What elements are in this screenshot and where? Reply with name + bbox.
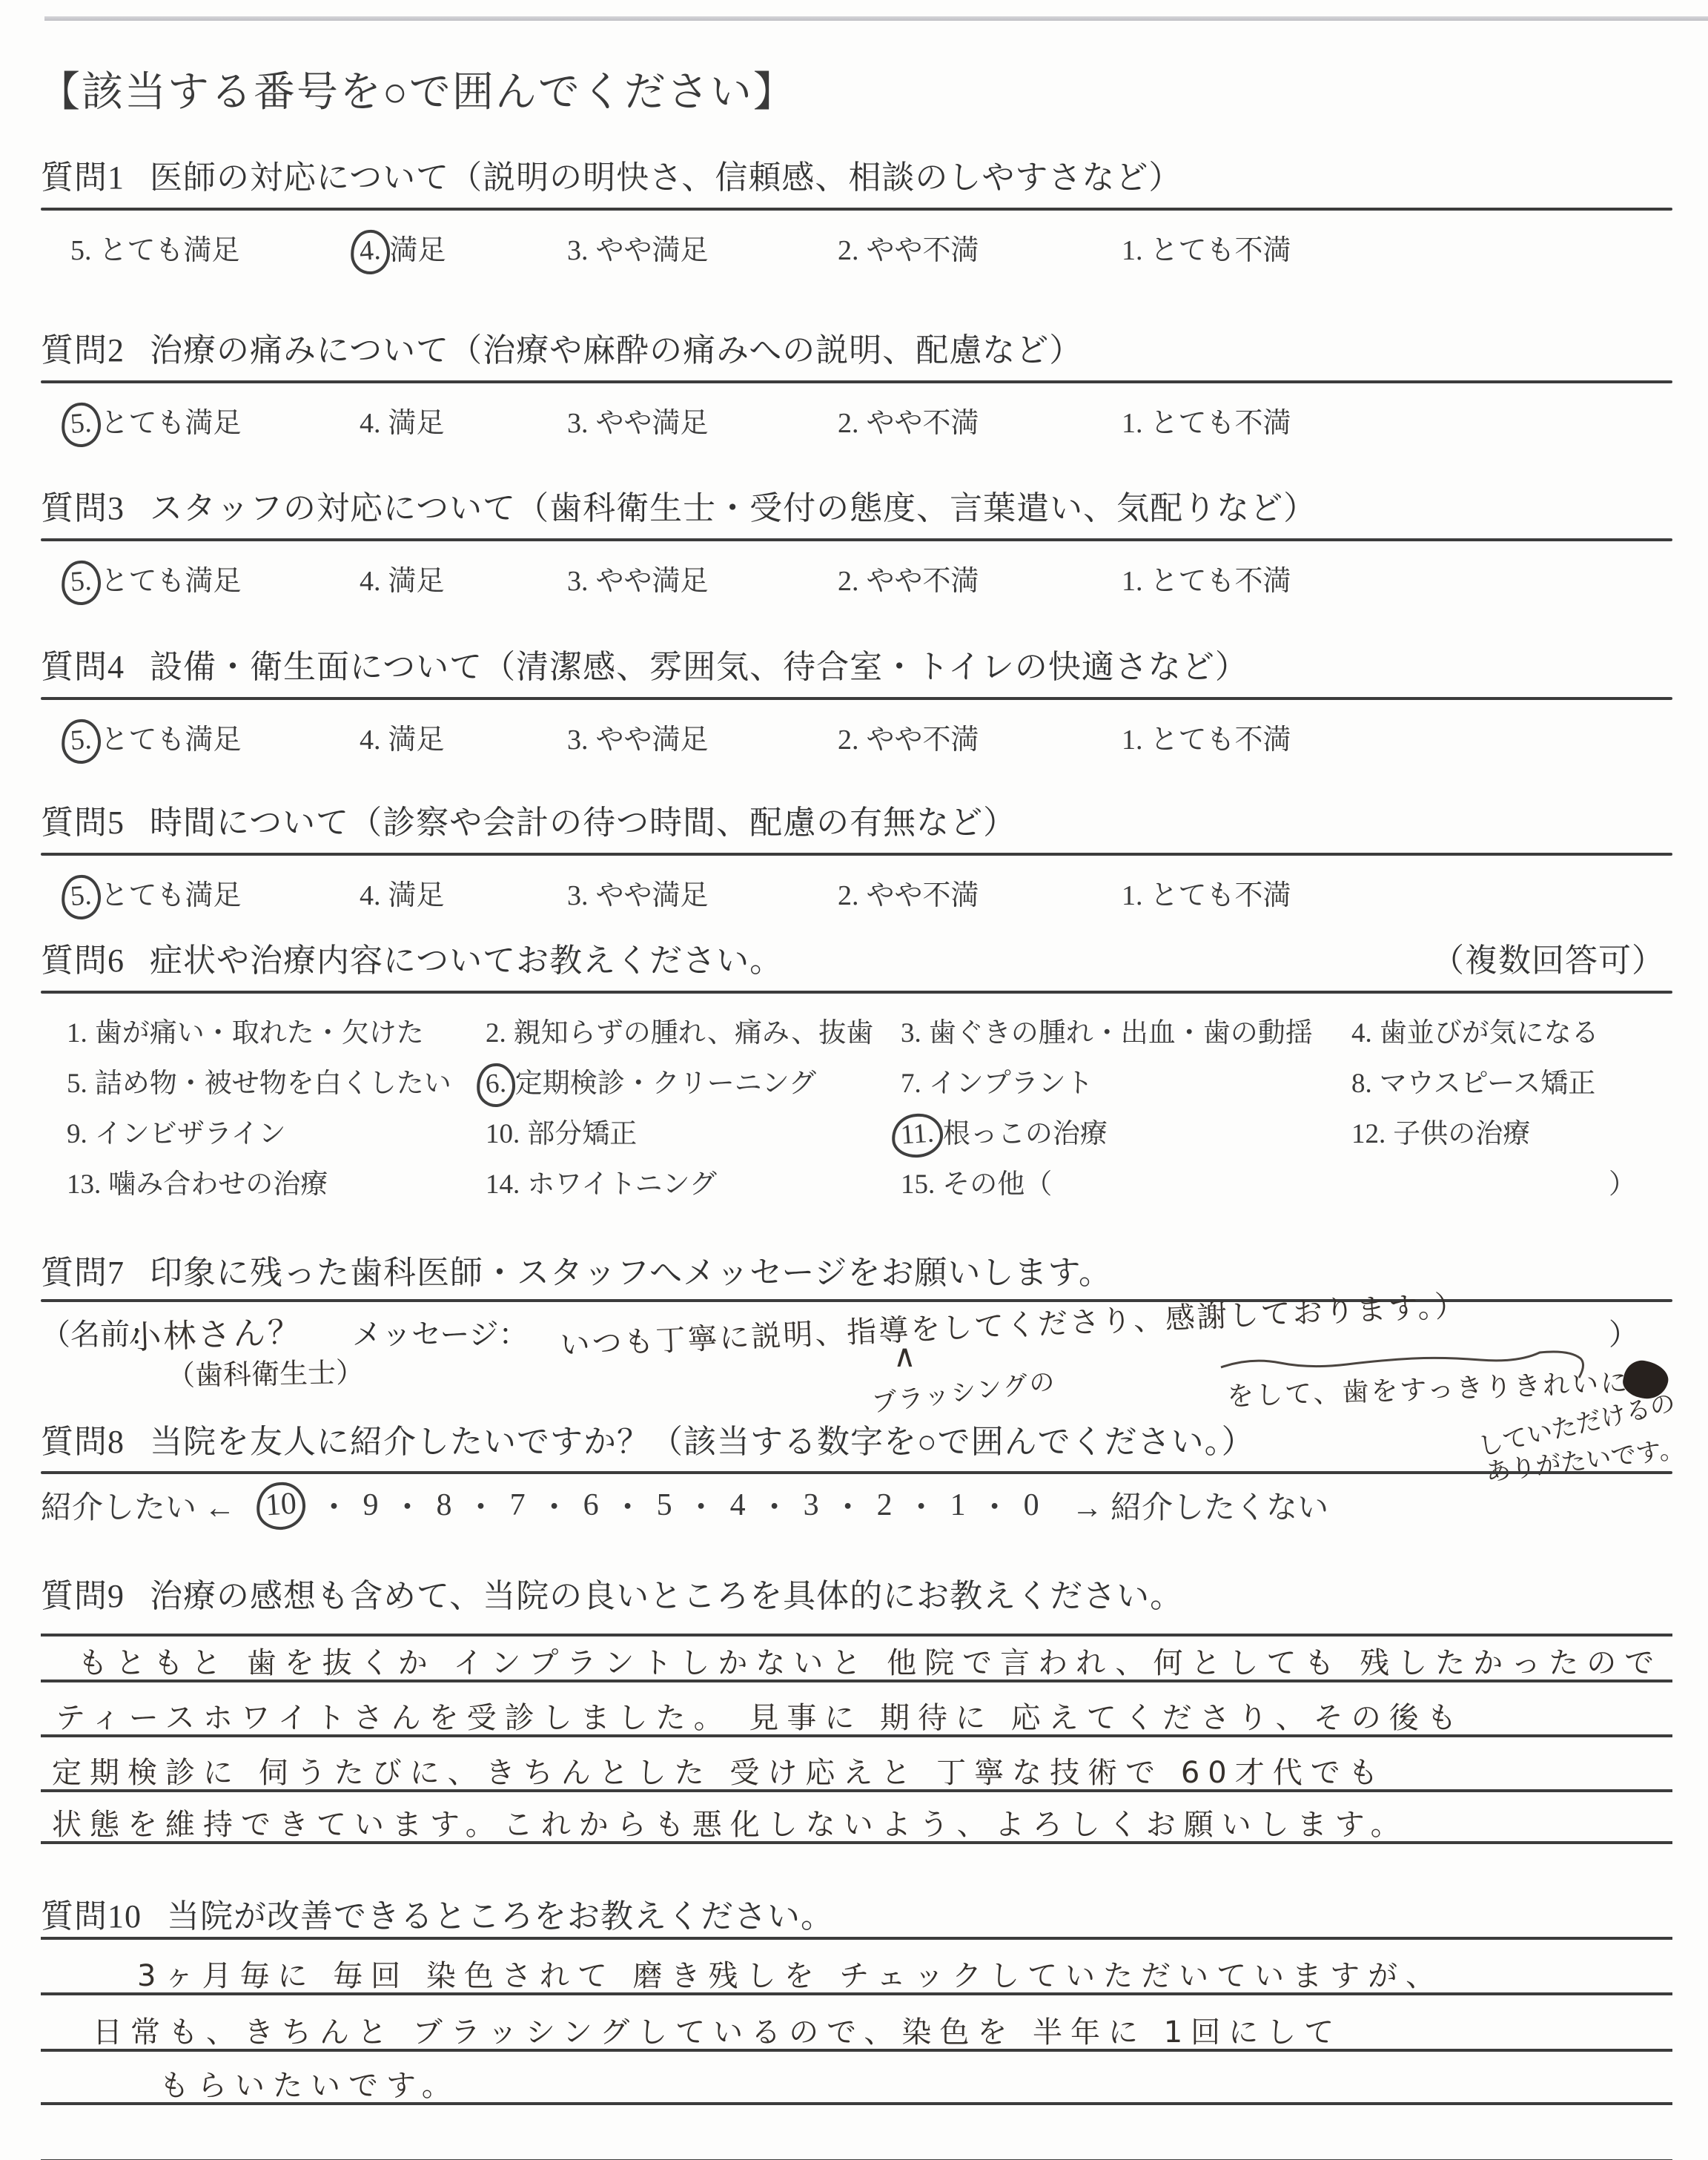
handwritten-name-role: （歯科衛生士） xyxy=(167,1350,365,1394)
recommend-scale: 紹介したい ← 10・ 9・ 8・ 7・ 6・ 5・ 4・ 3・ 2・ 1・ 0… xyxy=(41,1483,1672,1527)
question-3: 質問3スタッフの対応について（歯科衛生士・受付の態度、言葉遣い、気配りなど） 5… xyxy=(41,488,1672,601)
option-4: 4.満足 xyxy=(360,558,445,598)
option-3: 3.やや満足 xyxy=(567,558,709,598)
dot-separator: ・ xyxy=(466,1483,497,1527)
symptom-item-8: 8.マウスピース矯正 xyxy=(1351,1060,1595,1100)
question-title: 当院を友人に紹介したいですか？（該当する数字を○で囲んでください。） xyxy=(150,1424,1255,1460)
question-5-options: 5.とても満足 4.満足 3.やや満足 2.やや不満 1.とても不満 xyxy=(41,868,1672,915)
option-4: 4.満足 xyxy=(360,872,445,913)
question-10-answer-area: 3ヶ月毎に 毎回 染色されて 磨き残しを チェックしていただいていますが、 日常… xyxy=(41,1937,1672,2160)
scale-1: 1 xyxy=(950,1487,966,1523)
option-5: 5.とても満足 xyxy=(70,872,242,914)
question-title: 症状や治療内容についてお教えください。 xyxy=(150,942,783,979)
question-title: 治療の感想も含めて、当院の良いところを具体的にお教えください。 xyxy=(150,1578,1183,1614)
option-3: 3.やや満足 xyxy=(567,716,709,757)
question-title: 治療の痛みについて（治療や麻酔の痛みへの説明、配慮など） xyxy=(150,332,1082,369)
question-8: 質問8当院を友人に紹介したいですか？（該当する数字を○で囲んでください。） 紹介… xyxy=(41,1424,1672,1527)
other-close-paren: ） xyxy=(1609,1161,1636,1201)
question-title: 当院が改善できるところをお教えください。 xyxy=(167,1898,834,1935)
question-title: スタッフの対応について（歯科衛生士・受付の態度、言葉遣い、気配りなど） xyxy=(150,490,1317,526)
question-2: 質問2治療の痛みについて（治療や麻酔の痛みへの説明、配慮など） 5.とても満足 … xyxy=(41,330,1672,443)
handwritten-answer-line: 状態を維持できています。これからも悪化しないよう、よろしくお願いします。 xyxy=(41,1792,1672,1844)
option-4: 4.満足 xyxy=(360,400,445,440)
dot-separator: ・ xyxy=(833,1483,864,1527)
dot-separator: ・ xyxy=(759,1483,790,1527)
question-label: 質問5 xyxy=(41,805,125,841)
divider xyxy=(41,1471,1672,1474)
scale-0: 0 xyxy=(1024,1487,1039,1523)
question-5: 質問5時間について（診察や会計の待つ時間、配慮の有無など） 5.とても満足 4.… xyxy=(41,802,1672,915)
symptom-item-9: 9.インビザライン xyxy=(67,1111,286,1151)
question-6-header: 質問6症状や治療内容についてお教えください。 （複数回答可） xyxy=(41,940,1672,982)
question-4-header: 質問4設備・衛生面について（清潔感、雰囲気、待合室・トイレの快適さなど） xyxy=(41,647,1672,688)
option-5: 5.とても満足 xyxy=(70,227,240,268)
question-title: 印象に残った歯科医師・スタッフへメッセージをお願いします。 xyxy=(150,1255,1112,1291)
question-9-answer-area: もともと 歯を抜くか インプラントしかないと 他院で言われ、何としても 残したか… xyxy=(41,1634,1672,1844)
question-label: 質問1 xyxy=(41,159,125,196)
survey-page: 【該当する番号を○で囲んでください】 質問1医師の対応について（説明の明快さ、信… xyxy=(0,0,1708,2160)
question-1-options: 5.とても満足 4.満足 3.やや満足 2.やや不満 1.とても不満 xyxy=(41,222,1672,270)
option-1: 1.とても不満 xyxy=(1122,558,1291,598)
handwritten-answer-line: 日常も、きちんと ブラッシングしているので、染色を 半年に 1回にして xyxy=(41,1995,1672,2052)
option-3: 3.やや満足 xyxy=(567,400,709,440)
option-2: 2.やや不満 xyxy=(838,716,979,757)
symptom-item-14: 14.ホワイトニング xyxy=(486,1161,717,1201)
symptom-item-12: 12.子供の治療 xyxy=(1351,1111,1530,1151)
symptom-item-4: 4.歯並びが気になる xyxy=(1351,1010,1599,1050)
option-2: 2.やや不満 xyxy=(838,558,979,598)
multi-answer-note: （複数回答可） xyxy=(1431,940,1665,982)
option-2: 2.やや不満 xyxy=(838,872,979,913)
scale-10: 10 xyxy=(254,1481,306,1531)
question-1: 質問1医師の対応について（説明の明快さ、信頼感、相談のしやすさなど） 5.とても… xyxy=(41,157,1672,270)
symptom-item-10: 10.部分矯正 xyxy=(486,1111,637,1151)
question-label: 質問8 xyxy=(41,1424,125,1460)
symptom-item-5: 5.詰め物・被せ物を白くしたい xyxy=(67,1060,451,1100)
scale-7: 7 xyxy=(510,1487,526,1523)
question-9: 質問9治療の感想も含めて、当院の良いところを具体的にお教えください。 もともと … xyxy=(41,1576,1672,1844)
option-2: 2.やや不満 xyxy=(838,400,979,440)
question-8-header: 質問8当院を友人に紹介したいですか？（該当する数字を○で囲んでください。） xyxy=(41,1424,1672,1461)
option-5: 5.とても満足 xyxy=(70,400,242,441)
question-label: 質問9 xyxy=(41,1578,125,1614)
question-4: 質問4設備・衛生面について（清潔感、雰囲気、待合室・トイレの快適さなど） 5.と… xyxy=(41,647,1672,759)
option-3: 3.やや満足 xyxy=(567,227,709,268)
dot-separator: ・ xyxy=(612,1483,643,1527)
dot-separator: ・ xyxy=(906,1483,937,1527)
scale-6: 6 xyxy=(583,1487,599,1523)
scale-5: 5 xyxy=(657,1487,672,1523)
divider xyxy=(41,697,1672,700)
question-label: 質問3 xyxy=(41,490,125,526)
question-10-header: 質問10当院が改善できるところをお教えください。 xyxy=(41,1897,1672,1937)
question-6: 質問6症状や治療内容についてお教えください。 （複数回答可） 1.歯が痛い・取れ… xyxy=(41,940,1672,1204)
dot-separator: ・ xyxy=(539,1483,570,1527)
divider xyxy=(41,991,1672,994)
page-title: 【該当する番号を○で囲んでください】 xyxy=(39,59,796,119)
dot-separator: ・ xyxy=(392,1483,423,1527)
closing-paren: ） xyxy=(1609,1311,1638,1353)
handwritten-answer-line: 定期検診に 伺うたびに、きちんとした 受け応えと 丁寧な技術で 60才代でも xyxy=(41,1737,1672,1792)
handwritten-answer-line: ティースホワイトさんを受診しました。 見事に 期待に 応えてくださり、その後も xyxy=(41,1682,1672,1737)
symptom-item-7: 7.インプラント xyxy=(901,1060,1093,1100)
handwritten-answer-line: 3ヶ月毎に 毎回 染色されて 磨き残しを チェックしていただいていますが、 xyxy=(41,1940,1672,1995)
divider xyxy=(41,853,1672,856)
symptom-item-2: 2.親知らずの腫れ、痛み、抜歯 xyxy=(486,1010,873,1050)
option-1: 1.とても不満 xyxy=(1122,227,1291,268)
question-2-header: 質問2治療の痛みについて（治療や麻酔の痛みへの説明、配慮など） xyxy=(41,330,1672,371)
scale-3: 3 xyxy=(804,1487,819,1523)
divider xyxy=(41,208,1672,211)
insertion-caret: ∧ xyxy=(893,1338,916,1374)
question-title: 設備・衛生面について（清潔感、雰囲気、待合室・トイレの快適さなど） xyxy=(150,649,1248,685)
symptom-item-3: 3.歯ぐきの腫れ・出血・歯の動揺 xyxy=(901,1010,1313,1050)
message-prefix: メッセージ： xyxy=(352,1311,529,1353)
scale-right-label: → 紹介したくない xyxy=(1072,1483,1329,1527)
question-3-header: 質問3スタッフの対応について（歯科衛生士・受付の態度、言葉遣い、気配りなど） xyxy=(41,488,1672,529)
option-2: 2.やや不満 xyxy=(838,227,979,268)
scan-artifact-line xyxy=(44,16,1708,21)
option-5: 5.とても満足 xyxy=(70,716,242,758)
question-10: 質問10当院が改善できるところをお教えください。 3ヶ月毎に 毎回 染色されて … xyxy=(41,1897,1672,2160)
option-4: 4.満足 xyxy=(360,227,446,268)
question-label: 質問4 xyxy=(41,649,125,685)
question-label: 質問7 xyxy=(41,1255,125,1291)
dot-separator: ・ xyxy=(319,1483,350,1527)
symptom-item-6: 6.定期検診・クリーニング xyxy=(486,1060,816,1101)
dot-separator: ・ xyxy=(686,1483,717,1527)
divider xyxy=(41,380,1672,383)
dot-separator: ・ xyxy=(979,1483,1010,1527)
option-1: 1.とても不満 xyxy=(1122,716,1291,757)
symptom-item-15: 15.その他（ xyxy=(901,1161,1052,1201)
scale-8: 8 xyxy=(437,1487,452,1523)
question-label: 質問6 xyxy=(41,942,125,979)
option-1: 1.とても不満 xyxy=(1122,400,1291,440)
symptom-item-11: 11.根っこの治療 xyxy=(901,1111,1108,1152)
symptom-row-2: 5.詰め物・被せ物を白くしたい 6.定期検診・クリーニング 7.インプラント 8… xyxy=(41,1053,1672,1103)
symptom-item-1: 1.歯が痛い・取れた・欠けた xyxy=(67,1010,424,1050)
option-5: 5.とても満足 xyxy=(70,558,242,599)
question-9-header: 質問9治療の感想も含めて、当院の良いところを具体的にお教えください。 xyxy=(41,1576,1672,1616)
divider xyxy=(41,538,1672,541)
handwritten-answer-line: もともと 歯を抜くか インプラントしかないと 他院で言われ、何としても 残したか… xyxy=(41,1636,1672,1682)
symptom-row-3: 9.インビザライン 10.部分矯正 11.根っこの治療 12.子供の治療 xyxy=(41,1103,1672,1154)
question-3-options: 5.とても満足 4.満足 3.やや満足 2.やや不満 1.とても不満 xyxy=(41,553,1672,601)
handwritten-answer-line: もらいたいです。 xyxy=(41,2052,1672,2105)
question-2-options: 5.とても満足 4.満足 3.やや満足 2.やや不満 1.とても不満 xyxy=(41,395,1672,443)
question-label: 質問2 xyxy=(41,332,125,369)
question-title: 医師の対応について（説明の明快さ、信頼感、相談のしやすさなど） xyxy=(150,159,1182,196)
symptom-row-4: 13.噛み合わせの治療 14.ホワイトニング 15.その他（ ） xyxy=(41,1154,1672,1204)
scale-9: 9 xyxy=(363,1487,379,1523)
symptom-row-1: 1.歯が痛い・取れた・欠けた 2.親知らずの腫れ、痛み、抜歯 3.歯ぐきの腫れ・… xyxy=(41,1003,1672,1053)
handwritten-answer-line-empty xyxy=(41,2105,1672,2160)
question-label: 質問10 xyxy=(41,1898,142,1935)
question-4-options: 5.とても満足 4.満足 3.やや満足 2.やや不満 1.とても不満 xyxy=(41,712,1672,759)
question-5-header: 質問5時間について（診察や会計の待つ時間、配慮の有無など） xyxy=(41,802,1672,844)
symptom-item-13: 13.噛み合わせの治療 xyxy=(67,1161,328,1201)
scale-left-label: 紹介したい ← xyxy=(41,1483,236,1527)
scale-2: 2 xyxy=(877,1487,893,1523)
option-3: 3.やや満足 xyxy=(567,872,709,913)
question-title: 時間について（診察や会計の待つ時間、配慮の有無など） xyxy=(150,805,1016,841)
option-1: 1.とても不満 xyxy=(1122,872,1291,913)
scale-4: 4 xyxy=(730,1487,746,1523)
option-4: 4.満足 xyxy=(360,716,445,757)
question-1-header: 質問1医師の対応について（説明の明快さ、信頼感、相談のしやすさなど） xyxy=(41,157,1672,199)
